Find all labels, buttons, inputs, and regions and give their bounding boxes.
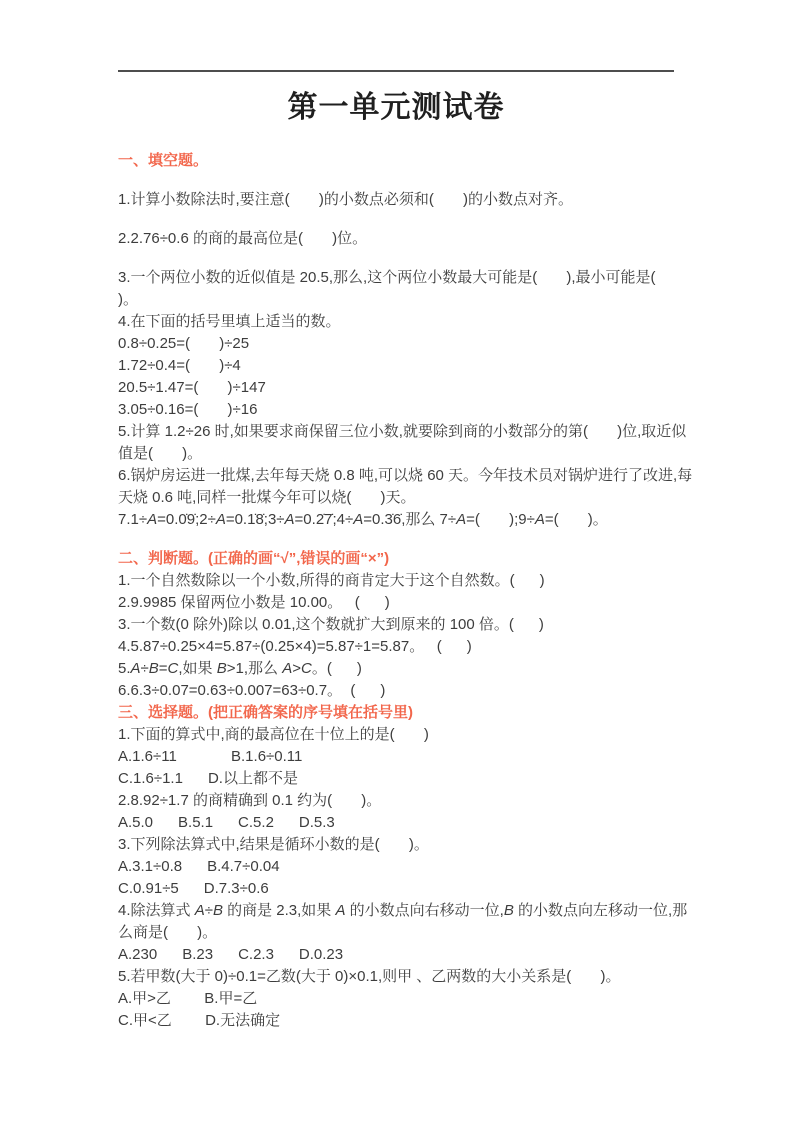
judge-4: 4.5.87÷0.25×4=5.87÷(0.25×4)=5.87÷1=5.87。… (118, 636, 698, 658)
judge-3: 3.一个数(0 除外)除以 0.01,这个数就扩大到原来的 100 倍。( ) (118, 614, 698, 636)
question-1: 1.计算小数除法时,要注意( )的小数点必须和( )的小数点对齐。 (118, 189, 698, 211)
unit-test-document: 第一单元测试卷 一、填空题。 1.计算小数除法时,要注意( )的小数点必须和( … (0, 0, 793, 1122)
question-7: 7.1÷A=0.0̇9̇;2÷A=0.1̇8̇;3÷A=0.2̇7̇;4÷A=0… (118, 509, 698, 531)
section-multiple-choice: 三、选择题。(把正确答案的序号填在括号里) 1.下面的算式中,商的最高位在十位上… (118, 702, 698, 1032)
choice-3-options-ab: A.3.1÷0.8 B.4.7÷0.04 (118, 856, 698, 878)
question-2: 2.2.76÷0.6 的商的最高位是( )位。 (118, 228, 698, 250)
section-1-heading: 一、填空题。 (118, 150, 698, 172)
choice-1-options-cd: C.1.6÷1.1 D.以上都不是 (118, 768, 698, 790)
document-content: 第一单元测试卷 一、填空题。 1.计算小数除法时,要注意( )的小数点必须和( … (118, 70, 698, 1032)
question-3: 3.一个两位小数的近似值是 20.5,那么,这个两位小数最大可能是( ),最小可… (118, 267, 698, 311)
choice-4-options: A.230 B.23 C.2.3 D.0.23 (118, 944, 698, 966)
question-4-equation-4: 3.05÷0.16=( )÷16 (118, 399, 698, 421)
choice-4: 4.除法算式 A÷B 的商是 2.3,如果 A 的小数点向右移动一位,B 的小数… (118, 900, 698, 944)
section-true-false: 二、判断题。(正确的画“√”,错误的画“×”) 1.一个自然数除以一个小数,所得… (118, 548, 698, 702)
judge-6: 6.6.3÷0.07=0.63÷0.007=63÷0.7。 ( ) (118, 680, 698, 702)
judge-5: 5.A÷B=C,如果 B>1,那么 A>C。( ) (118, 658, 698, 680)
section-fill-in-blanks: 一、填空题。 1.计算小数除法时,要注意( )的小数点必须和( )的小数点对齐。… (118, 150, 698, 531)
choice-5-options-cd: C.甲<乙 D.无法确定 (118, 1010, 698, 1032)
question-4-equation-1: 0.8÷0.25=( )÷25 (118, 333, 698, 355)
page-title: 第一单元测试卷 (118, 87, 674, 129)
judge-1: 1.一个自然数除以一个小数,所得的商肯定大于这个自然数。( ) (118, 570, 698, 592)
question-5: 5.计算 1.2÷26 时,如果要求商保留三位小数,就要除到商的小数部分的第( … (118, 421, 698, 465)
choice-1-options-ab: A.1.6÷11 B.1.6÷0.11 (118, 746, 698, 768)
question-4-equation-3: 20.5÷1.47=( )÷147 (118, 377, 698, 399)
choice-5: 5.若甲数(大于 0)÷0.1=乙数(大于 0)×0.1,则甲 、乙两数的大小关… (118, 966, 698, 988)
choice-3-options-cd: C.0.91÷5 D.7.3÷0.6 (118, 878, 698, 900)
choice-5-options-ab: A.甲>乙 B.甲=乙 (118, 988, 698, 1010)
choice-1: 1.下面的算式中,商的最高位在十位上的是( ) (118, 724, 698, 746)
question-4-equation-2: 1.72÷0.4=( )÷4 (118, 355, 698, 377)
top-divider-line (118, 70, 674, 72)
choice-2: 2.8.92÷1.7 的商精确到 0.1 约为( )。 (118, 790, 698, 812)
section-3-heading: 三、选择题。(把正确答案的序号填在括号里) (118, 702, 698, 724)
question-4: 4.在下面的括号里填上适当的数。 (118, 311, 698, 333)
judge-2: 2.9.9985 保留两位小数是 10.00。 ( ) (118, 592, 698, 614)
section-2-heading: 二、判断题。(正确的画“√”,错误的画“×”) (118, 548, 698, 570)
question-6: 6.锅炉房运进一批煤,去年每天烧 0.8 吨,可以烧 60 天。今年技术员对锅炉… (118, 465, 698, 509)
choice-3: 3.下列除法算式中,结果是循环小数的是( )。 (118, 834, 698, 856)
choice-2-options: A.5.0 B.5.1 C.5.2 D.5.3 (118, 812, 698, 834)
